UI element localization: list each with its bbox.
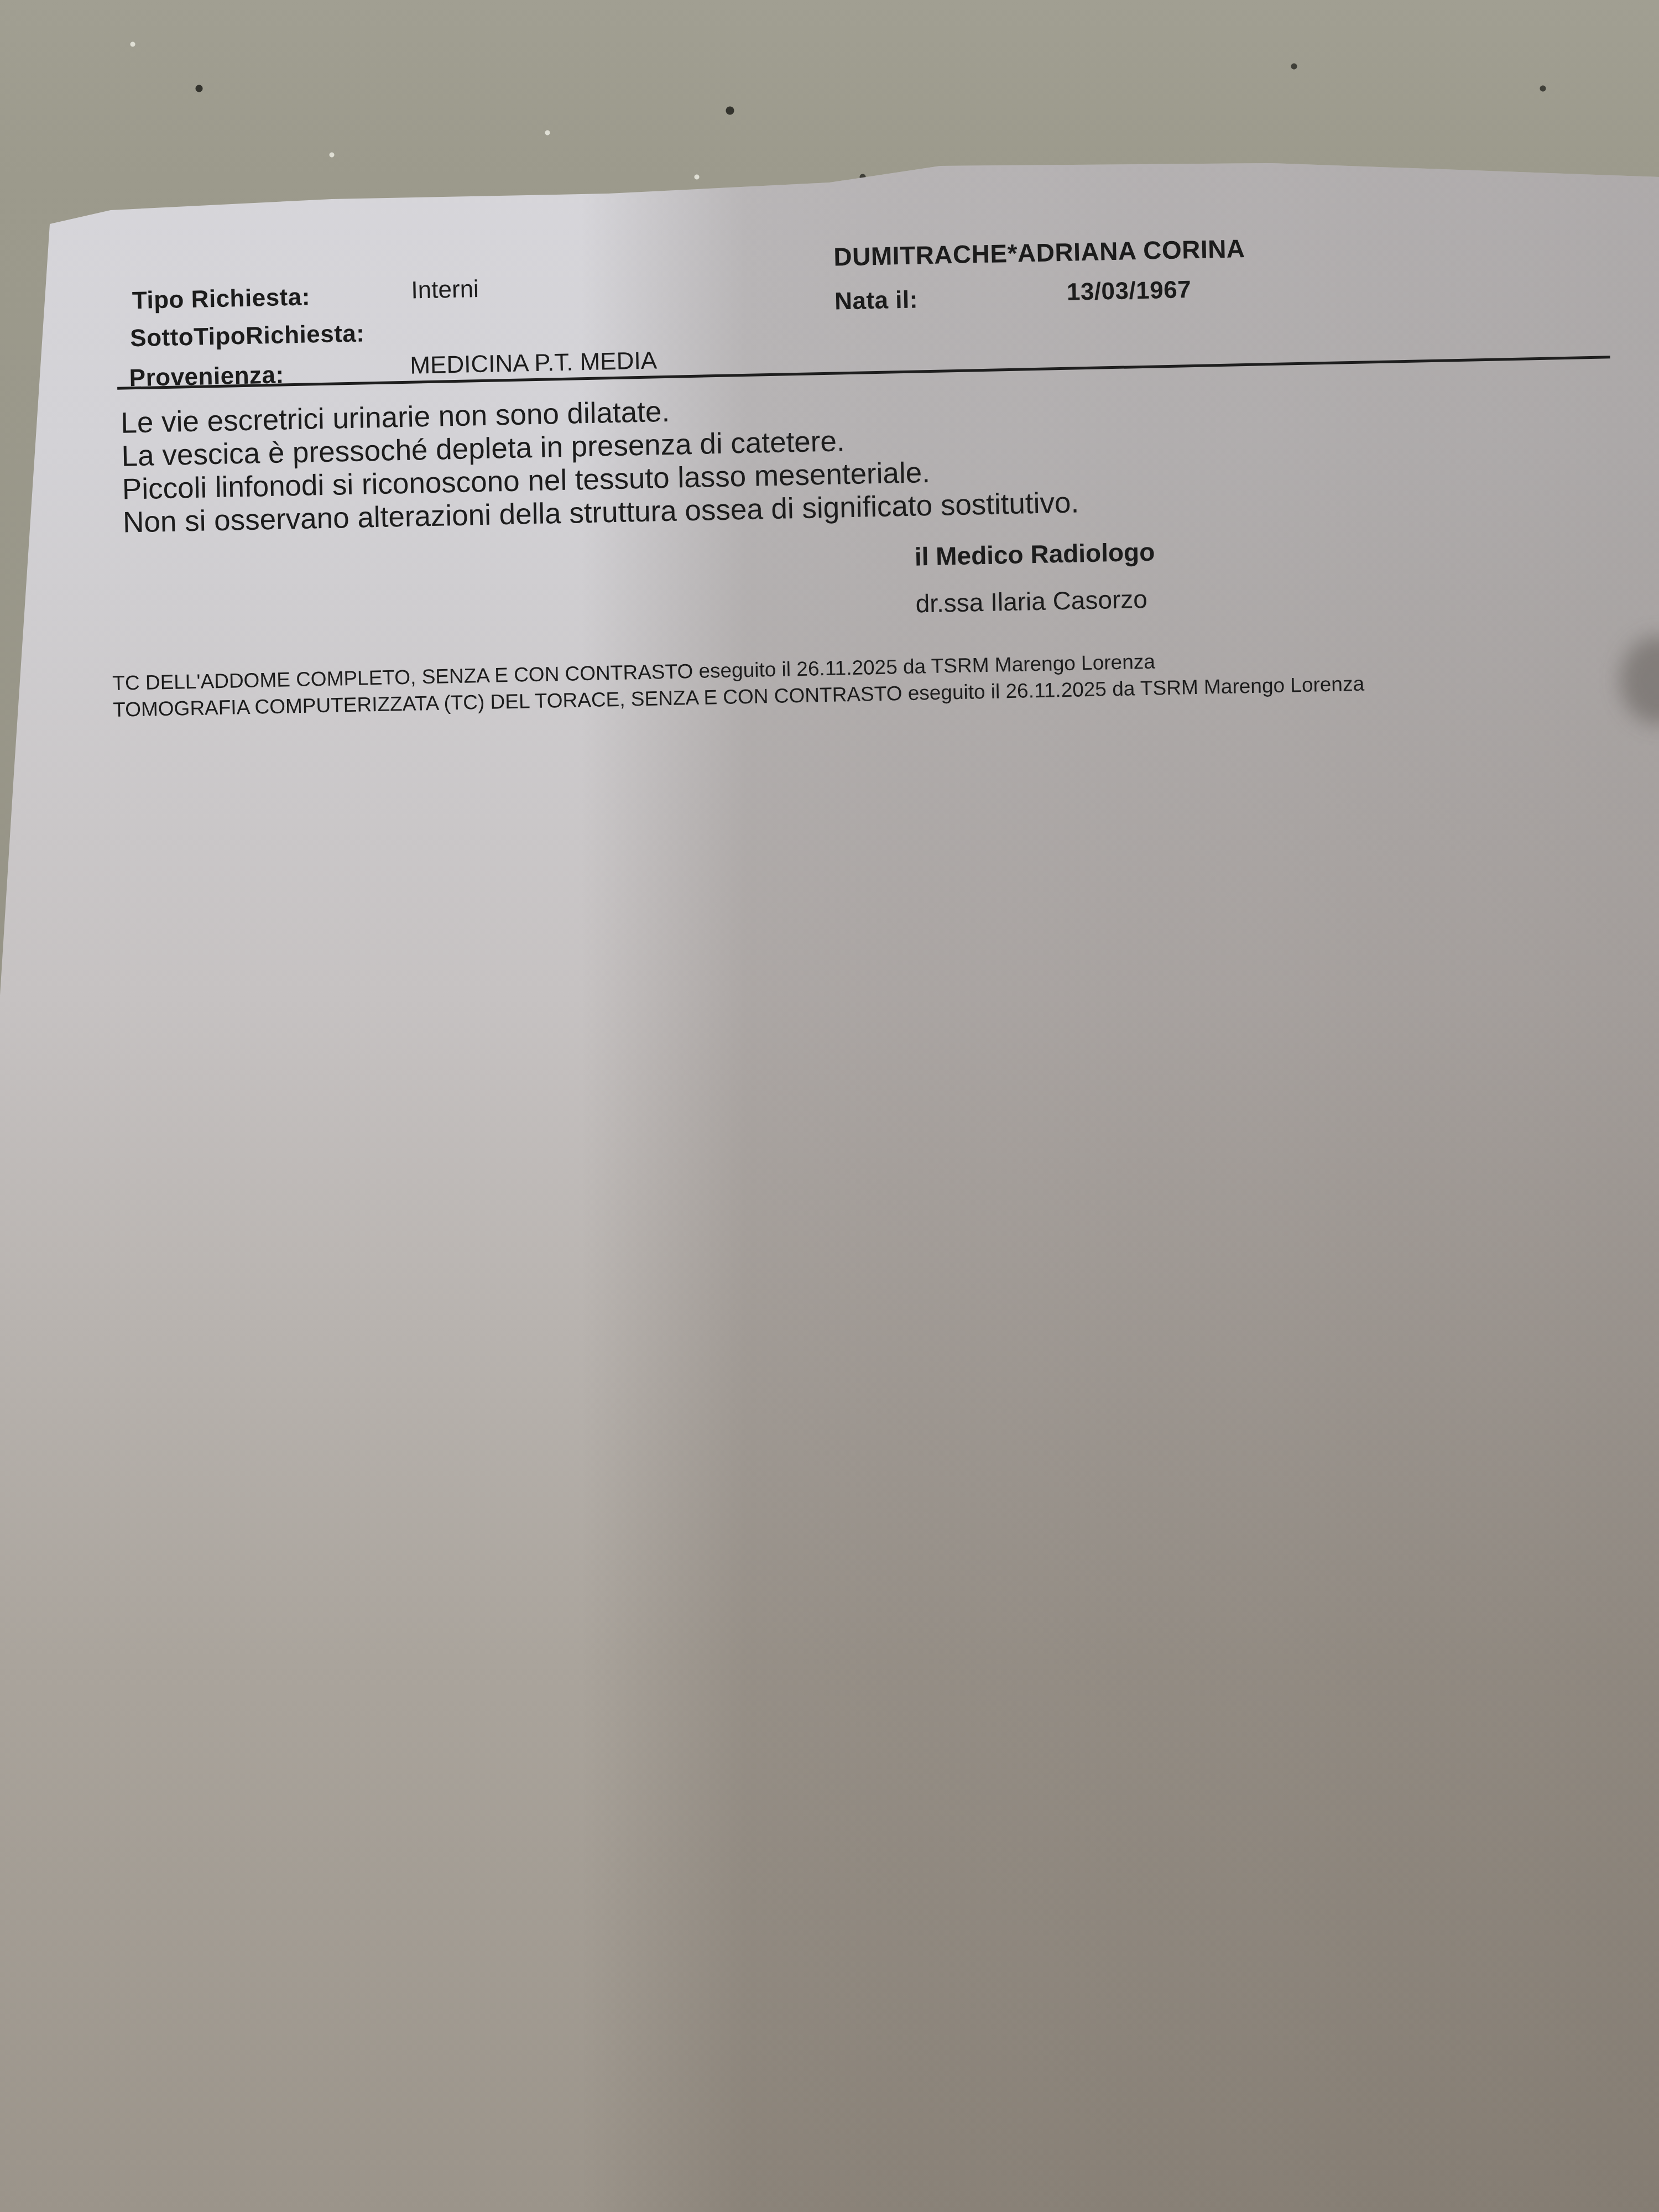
signature-title: il Medico Radiologo xyxy=(914,537,1155,572)
sottotipo-richiesta-label: SottoTipoRichiesta: xyxy=(130,320,365,352)
provenienza-value: MEDICINA P.T. MEDIA xyxy=(410,347,658,379)
birth-date-value: 13/03/1967 xyxy=(1066,276,1191,306)
signature-name: dr.ssa Ilaria Casorzo xyxy=(915,584,1147,619)
tipo-richiesta-label: Tipo Richiesta: xyxy=(132,283,310,315)
birth-date-label: Nata il: xyxy=(834,286,919,315)
report-paper: Tipo Richiesta: Interni SottoTipoRichies… xyxy=(0,0,1659,2212)
patient-name: DUMITRACHE*ADRIANA CORINA xyxy=(833,233,1245,272)
tipo-richiesta-value: Interni xyxy=(411,275,479,305)
header-divider xyxy=(117,356,1610,390)
